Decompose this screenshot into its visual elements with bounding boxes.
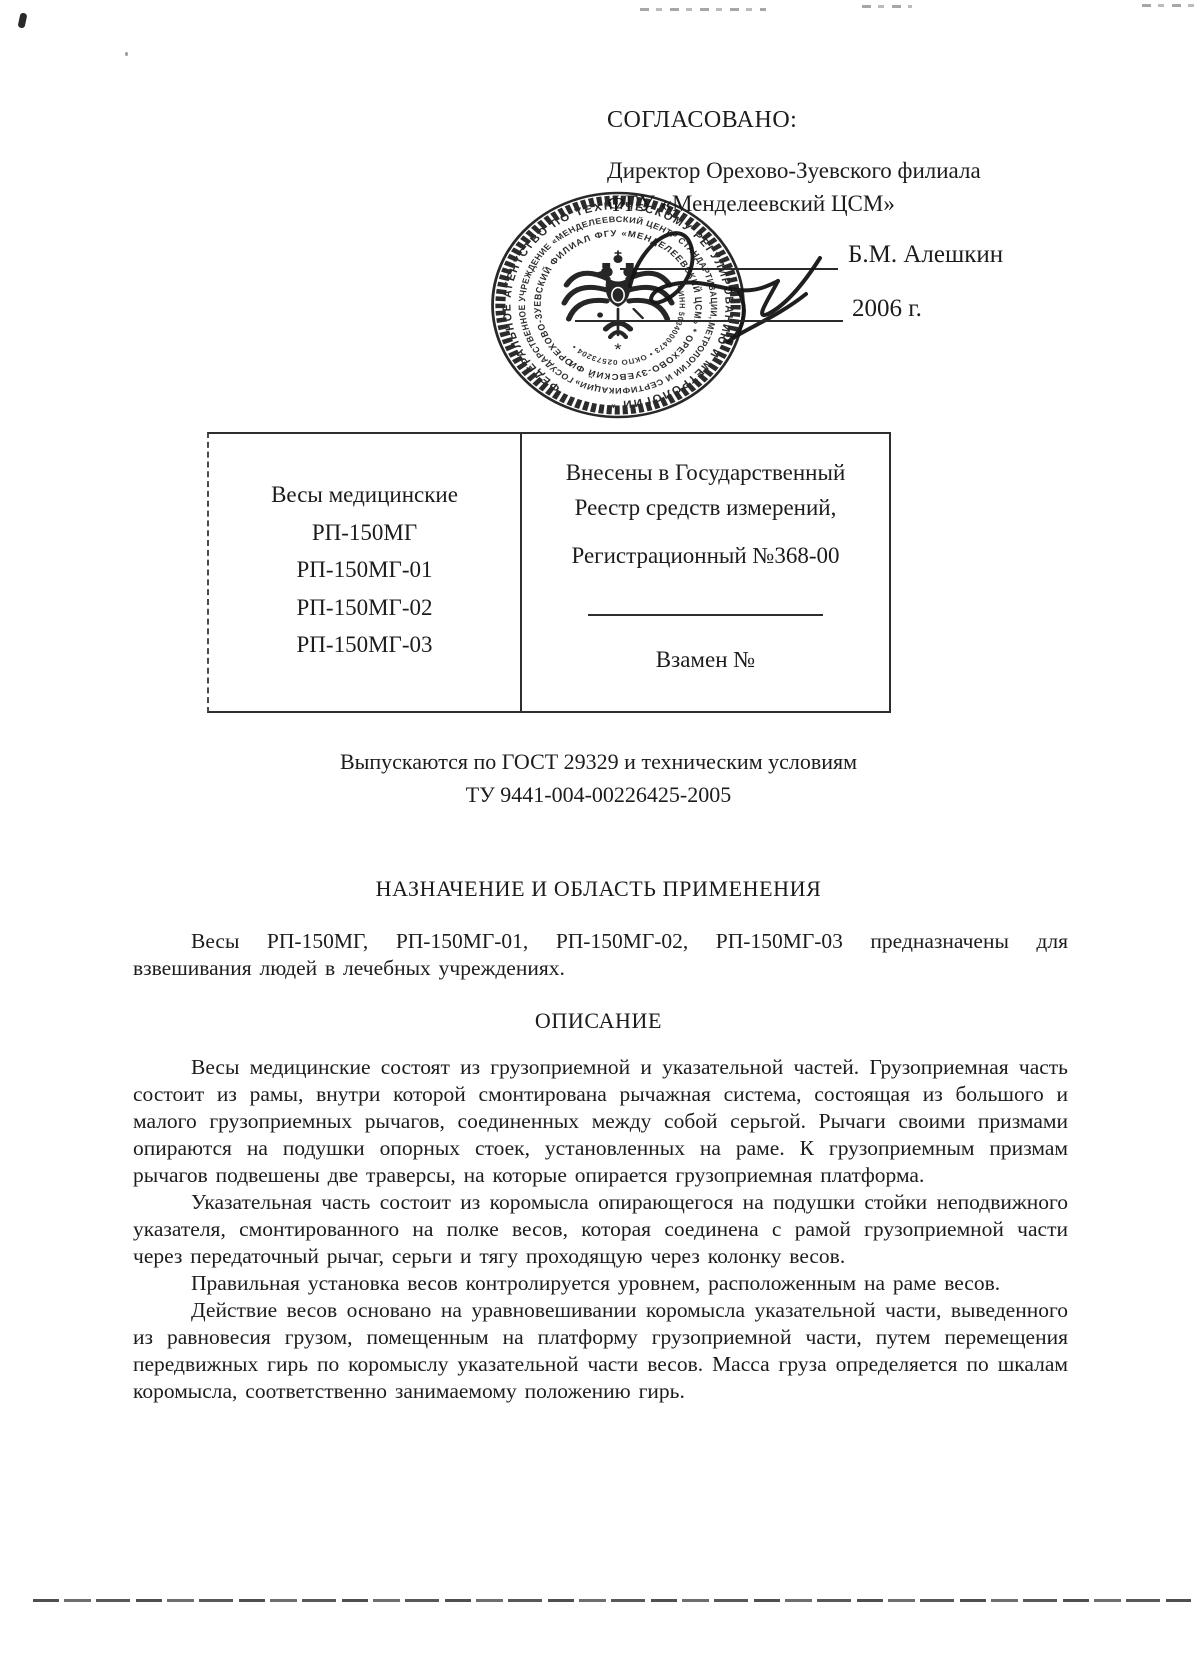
approved-heading: СОГЛАСОВАНО: (607, 107, 797, 134)
table-cell-device-names: Весы медицинские РП-150МГ РП-150МГ-01 РП… (209, 434, 522, 711)
purpose-section-body: Весы РП-150МГ, РП-150МГ-01, РП-150МГ-02,… (133, 928, 1068, 982)
director-title-line1: Директор Орехово-Зуевского филиала (607, 158, 981, 184)
device-model-line: РП-150МГ (209, 514, 520, 552)
device-model-line: РП-150МГ-01 (209, 551, 520, 589)
scan-artifact-line (1142, 4, 1197, 7)
device-type-line: Весы медицинские (209, 476, 520, 514)
scan-artifact-line (640, 8, 766, 11)
device-model-line: РП-150МГ-03 (209, 626, 520, 664)
paragraph: Указательная часть состоит из коромысла … (133, 1189, 1068, 1270)
description-section-body: Весы медицинские состоят из грузоприемно… (133, 1054, 1068, 1405)
standards-line1: Выпускаются по ГОСТ 29329 и техническим … (0, 745, 1197, 778)
scan-ink-blob (18, 12, 28, 28)
replaces-label: Взамен № (522, 642, 889, 677)
year-label: 2006 г. (852, 295, 922, 323)
scan-speck (125, 52, 128, 56)
registration-number: Регистрационный №368-00 (522, 538, 889, 573)
paragraph: Весы медицинские состоят из грузоприемно… (133, 1054, 1068, 1189)
scanned-document-page: СОГЛАСОВАНО: Директор Орехово-Зуевского … (0, 0, 1197, 1657)
paragraph: Действие весов основано на уравновешиван… (133, 1297, 1068, 1405)
section-title-description: ОПИСАНИЕ (0, 1008, 1197, 1034)
standards-block: Выпускаются по ГОСТ 29329 и техническим … (0, 745, 1197, 811)
registry-line: Реестр средств измерений, (522, 490, 889, 525)
table-cell-registry-info: Внесены в Государственный Реестр средств… (522, 434, 889, 711)
year-line (575, 320, 843, 322)
registry-info-table: Весы медицинские РП-150МГ РП-150МГ-01 РП… (207, 432, 891, 713)
paragraph: Правильная установка весов контролируетс… (133, 1270, 1068, 1297)
standards-line2: ТУ 9441-004-00226425-2005 (0, 778, 1197, 811)
signer-name: Б.М. Алешкин (848, 241, 1003, 269)
blank-fill-line (588, 614, 823, 616)
handwritten-signature (590, 200, 860, 350)
scan-artifact-line (862, 5, 912, 8)
device-model-line: РП-150МГ-02 (209, 589, 520, 627)
registry-line: Внесены в Государственный (522, 455, 889, 490)
paragraph: Весы РП-150МГ, РП-150МГ-01, РП-150МГ-02,… (133, 928, 1068, 982)
section-title-purpose: НАЗНАЧЕНИЕ И ОБЛАСТЬ ПРИМЕНЕНИЯ (0, 876, 1197, 902)
scan-artifact-bottom-rule (33, 1599, 1191, 1602)
